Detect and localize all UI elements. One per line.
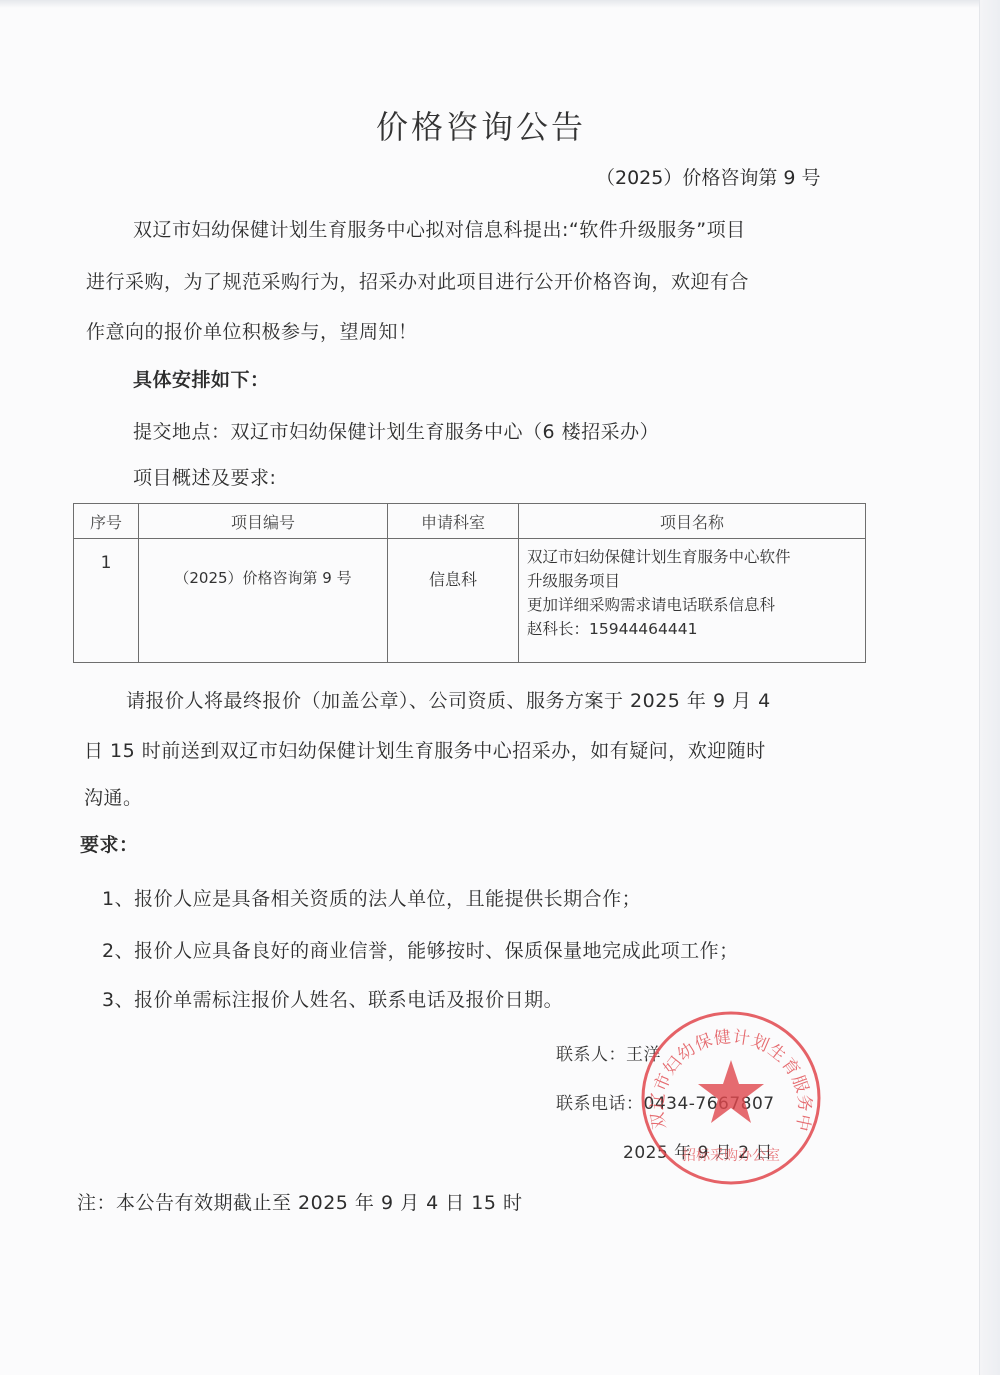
submission-line-3: 沟通。 bbox=[84, 783, 143, 810]
submission-line-1: 请报价人将最终报价（加盖公章）、公司资质、服务方案于 2025 年 9 月 4 bbox=[126, 686, 771, 713]
svg-text:双辽市妇幼保健计划生育服务中心: 双辽市妇幼保健计划生育服务中心 bbox=[638, 1008, 814, 1134]
stamp-bottom-text: 招标采购办公室 bbox=[682, 1147, 780, 1164]
cell-department: 信息科 bbox=[388, 539, 519, 663]
cell-index: 1 bbox=[74, 539, 139, 663]
submission-line-2: 日 15 时前送到双辽市妇幼保健计划生育服务中心招采办，如有疑问，欢迎随时 bbox=[84, 736, 766, 763]
table-row: 1 （2025）价格咨询第 9 号 信息科 双辽市妇幼保健计划生育服务中心软件 … bbox=[74, 539, 866, 663]
requirement-1: 1、报价人应是具备相关资质的法人单位，且能提供长期合作； bbox=[102, 884, 641, 911]
requirement-3: 3、报价单需标注报价人姓名、联系电话及报价日期。 bbox=[102, 985, 563, 1012]
header-index: 序号 bbox=[74, 504, 139, 539]
validity-note: 注：本公告有效期截止至 2025 年 9 月 4 日 15 时 bbox=[77, 1188, 523, 1215]
header-project-number: 项目编号 bbox=[139, 504, 388, 539]
project-name-line-3: 更加详细采购需求请电话联系信息科 bbox=[527, 593, 859, 617]
arrangement-heading: 具体安排如下： bbox=[133, 365, 270, 392]
submit-location: 提交地点：双辽市妇幼保健计划生育服务中心（6 楼招采办） bbox=[133, 417, 659, 444]
scan-top-edge bbox=[0, 0, 1000, 8]
project-name-line-1: 双辽市妇幼保健计划生育服务中心软件 bbox=[527, 545, 859, 569]
cell-project-number: （2025）价格咨询第 9 号 bbox=[139, 539, 388, 663]
intro-line-3: 作意向的报价单位积极参与，望周知！ bbox=[86, 317, 418, 344]
document-title: 价格咨询公告 bbox=[376, 102, 586, 148]
project-name-line-4: 赵科长：15944464441 bbox=[527, 617, 859, 641]
scanned-document-page: 价格咨询公告 （2025）价格咨询第 9 号 双辽市妇幼保健计划生育服务中心拟对… bbox=[0, 0, 1000, 1375]
project-name-line-2: 升级服务项目 bbox=[527, 569, 859, 593]
project-table: 序号 项目编号 申请科室 项目名称 1 （2025）价格咨询第 9 号 信息科 … bbox=[73, 503, 866, 663]
header-project-name: 项目名称 bbox=[519, 504, 866, 539]
document-number: （2025）价格咨询第 9 号 bbox=[596, 163, 821, 190]
project-overview-label: 项目概述及要求: bbox=[133, 463, 276, 490]
header-department: 申请科室 bbox=[388, 504, 519, 539]
stamp-ring-text: 双辽市妇幼保健计划生育服务中心 bbox=[638, 1008, 814, 1134]
official-seal-stamp: 双辽市妇幼保健计划生育服务中心 招标采购办公室 bbox=[638, 1008, 824, 1188]
requirements-heading: 要求： bbox=[80, 830, 139, 857]
cell-project-name: 双辽市妇幼保健计划生育服务中心软件 升级服务项目 更加详细采购需求请电话联系信息… bbox=[519, 539, 866, 663]
stamp-star-icon bbox=[698, 1060, 764, 1123]
intro-line-1: 双辽市妇幼保健计划生育服务中心拟对信息科提出:“软件升级服务”项目 bbox=[133, 215, 746, 242]
table-header-row: 序号 项目编号 申请科室 项目名称 bbox=[74, 504, 866, 539]
intro-line-2: 进行采购，为了规范采购行为，招采办对此项目进行公开价格咨询，欢迎有合 bbox=[86, 267, 749, 294]
scan-right-edge bbox=[979, 0, 1000, 1375]
requirement-2: 2、报价人应具备良好的商业信誉，能够按时、保质保量地完成此项工作； bbox=[102, 936, 739, 963]
